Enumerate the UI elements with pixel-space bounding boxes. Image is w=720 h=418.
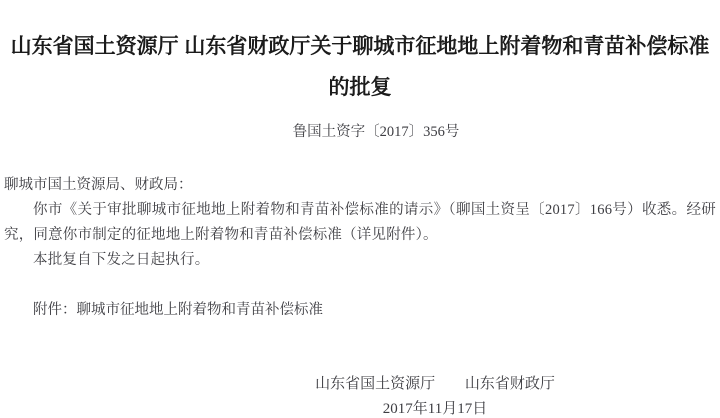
signature-date: 2017年11月17日 bbox=[154, 397, 716, 418]
document-title-line-1: 山东省国土资源厅 山东省财政厅关于聊城市征地地上附着物和青苗补偿标准 bbox=[4, 26, 716, 67]
document-title-line-2: 的批复 bbox=[4, 67, 716, 108]
document-title: 山东省国土资源厅 山东省财政厅关于聊城市征地地上附着物和青苗补偿标准 的批复 bbox=[4, 26, 716, 108]
document-page: 山东省国土资源厅 山东省财政厅关于聊城市征地地上附着物和青苗补偿标准 的批复 鲁… bbox=[0, 0, 720, 418]
body-paragraph-2: 本批复自下发之日起执行。 bbox=[4, 248, 716, 273]
signature-agencies: 山东省国土资源厅 山东省财政厅 bbox=[154, 372, 716, 397]
signer-agency-2: 山东省财政厅 bbox=[465, 376, 555, 392]
signer-agency-1: 山东省国土资源厅 bbox=[315, 376, 435, 392]
signature-block: 山东省国土资源厅 山东省财政厅 2017年11月17日 bbox=[4, 372, 716, 418]
document-number: 鲁国土资字〔2017〕356号 bbox=[4, 120, 716, 145]
attachment-line: 附件：聊城市征地地上附着物和青苗补偿标准 bbox=[4, 298, 716, 323]
salutation: 聊城市国土资源局、财政局： bbox=[4, 173, 716, 198]
body-paragraph-1: 你市《关于审批聊城市征地地上附着物和青苗补偿标准的请示》（聊国土资呈〔2017〕… bbox=[4, 198, 716, 248]
